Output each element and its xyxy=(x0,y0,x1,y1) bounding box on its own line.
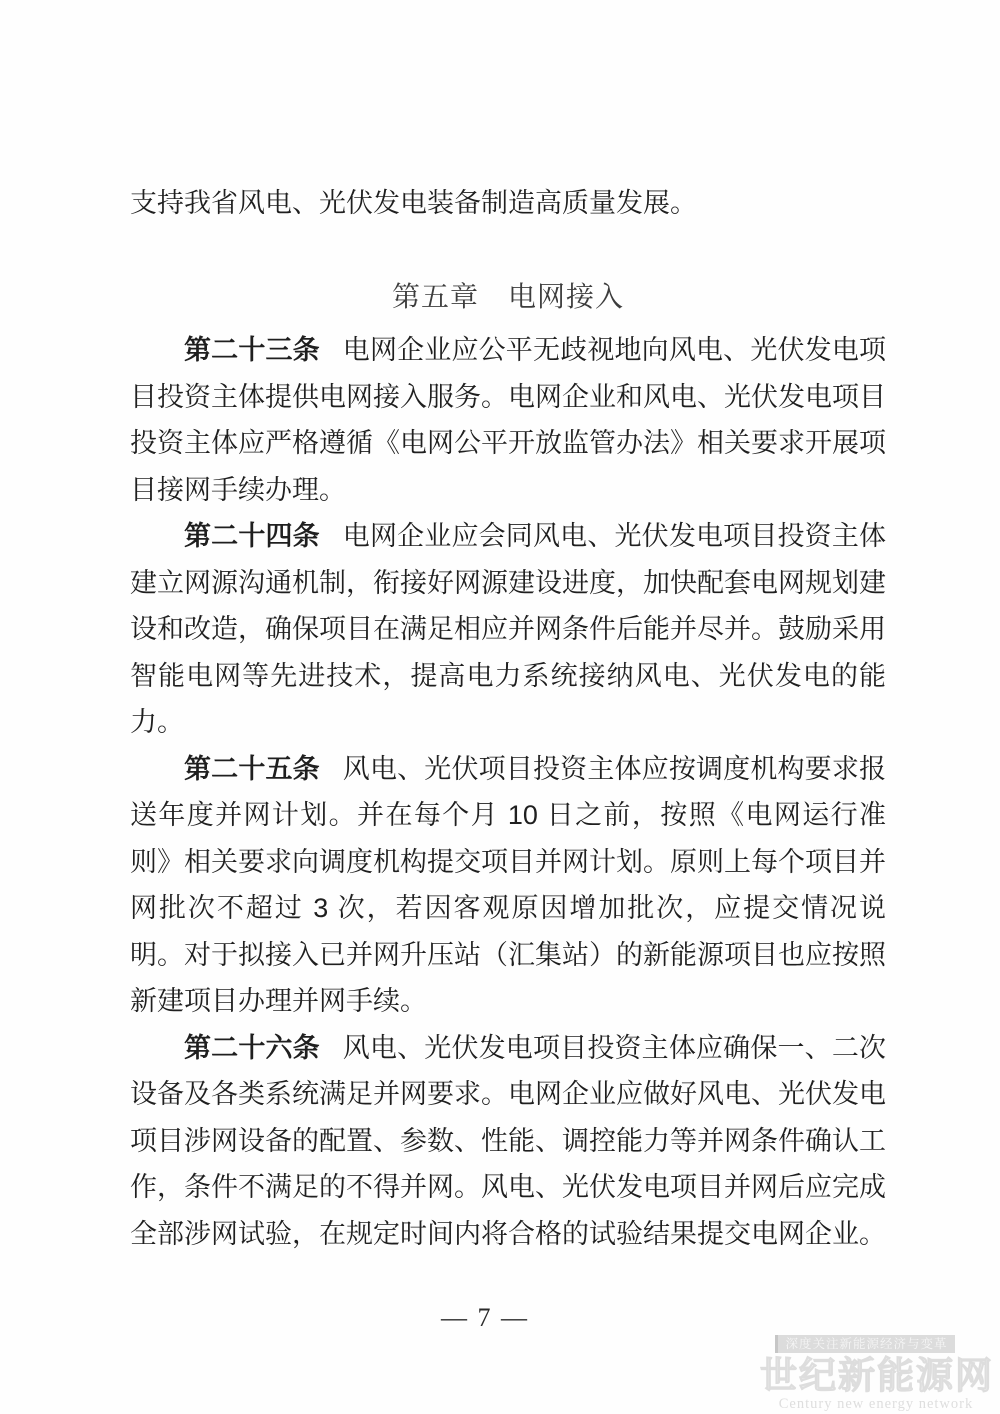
article-23-number: 第二十三条 xyxy=(184,335,320,365)
paragraph-continuation: 支持我省风电、光伏发电装备制造高质量发展。 xyxy=(130,180,886,227)
article-23-paragraph: 第二十三条电网企业应公平无歧视地向风电、光伏发电项目投资主体提供电网接入服务。电… xyxy=(130,327,886,513)
article-24-text: 电网企业应会同风电、光伏发电项目投资主体建立网源沟通机制，衔接好网源建设进度，加… xyxy=(130,521,886,737)
watermark-slogan: 深度关注新能源经济与变革 xyxy=(775,1335,954,1353)
document-page: 支持我省风电、光伏发电装备制造高质量发展。 第五章 电网接入 第二十三条电网企业… xyxy=(0,0,1000,1414)
document-content: 支持我省风电、光伏发电装备制造高质量发展。 第五章 电网接入 第二十三条电网企业… xyxy=(130,0,886,1257)
watermark-site-name: 世纪新能源网 xyxy=(760,1356,992,1396)
site-watermark: 深度关注新能源经济与变革 世纪新能源网 Century new energy n… xyxy=(760,1335,992,1412)
page-number: — 7 — xyxy=(0,1303,970,1333)
article-25-number: 第二十五条 xyxy=(184,754,320,784)
chapter-heading: 第五章 电网接入 xyxy=(130,275,886,322)
article-25-paragraph: 第二十五条风电、光伏项目投资主体应按调度机构要求报送年度并网计划。并在每个月 1… xyxy=(130,746,886,1025)
article-26-paragraph: 第二十六条风电、光伏发电项目投资主体应确保一、二次设备及各类系统满足并网要求。电… xyxy=(130,1025,886,1258)
article-24-paragraph: 第二十四条电网企业应会同风电、光伏发电项目投资主体建立网源沟通机制，衔接好网源建… xyxy=(130,513,886,746)
article-24-number: 第二十四条 xyxy=(184,521,320,551)
article-25-text: 风电、光伏项目投资主体应按调度机构要求报送年度并网计划。并在每个月 10 日之前… xyxy=(130,754,886,1017)
article-26-text: 风电、光伏发电项目投资主体应确保一、二次设备及各类系统满足并网要求。电网企业应做… xyxy=(130,1033,886,1249)
article-26-number: 第二十六条 xyxy=(184,1033,320,1063)
watermark-site-name-en: Century new energy network xyxy=(760,1396,992,1412)
